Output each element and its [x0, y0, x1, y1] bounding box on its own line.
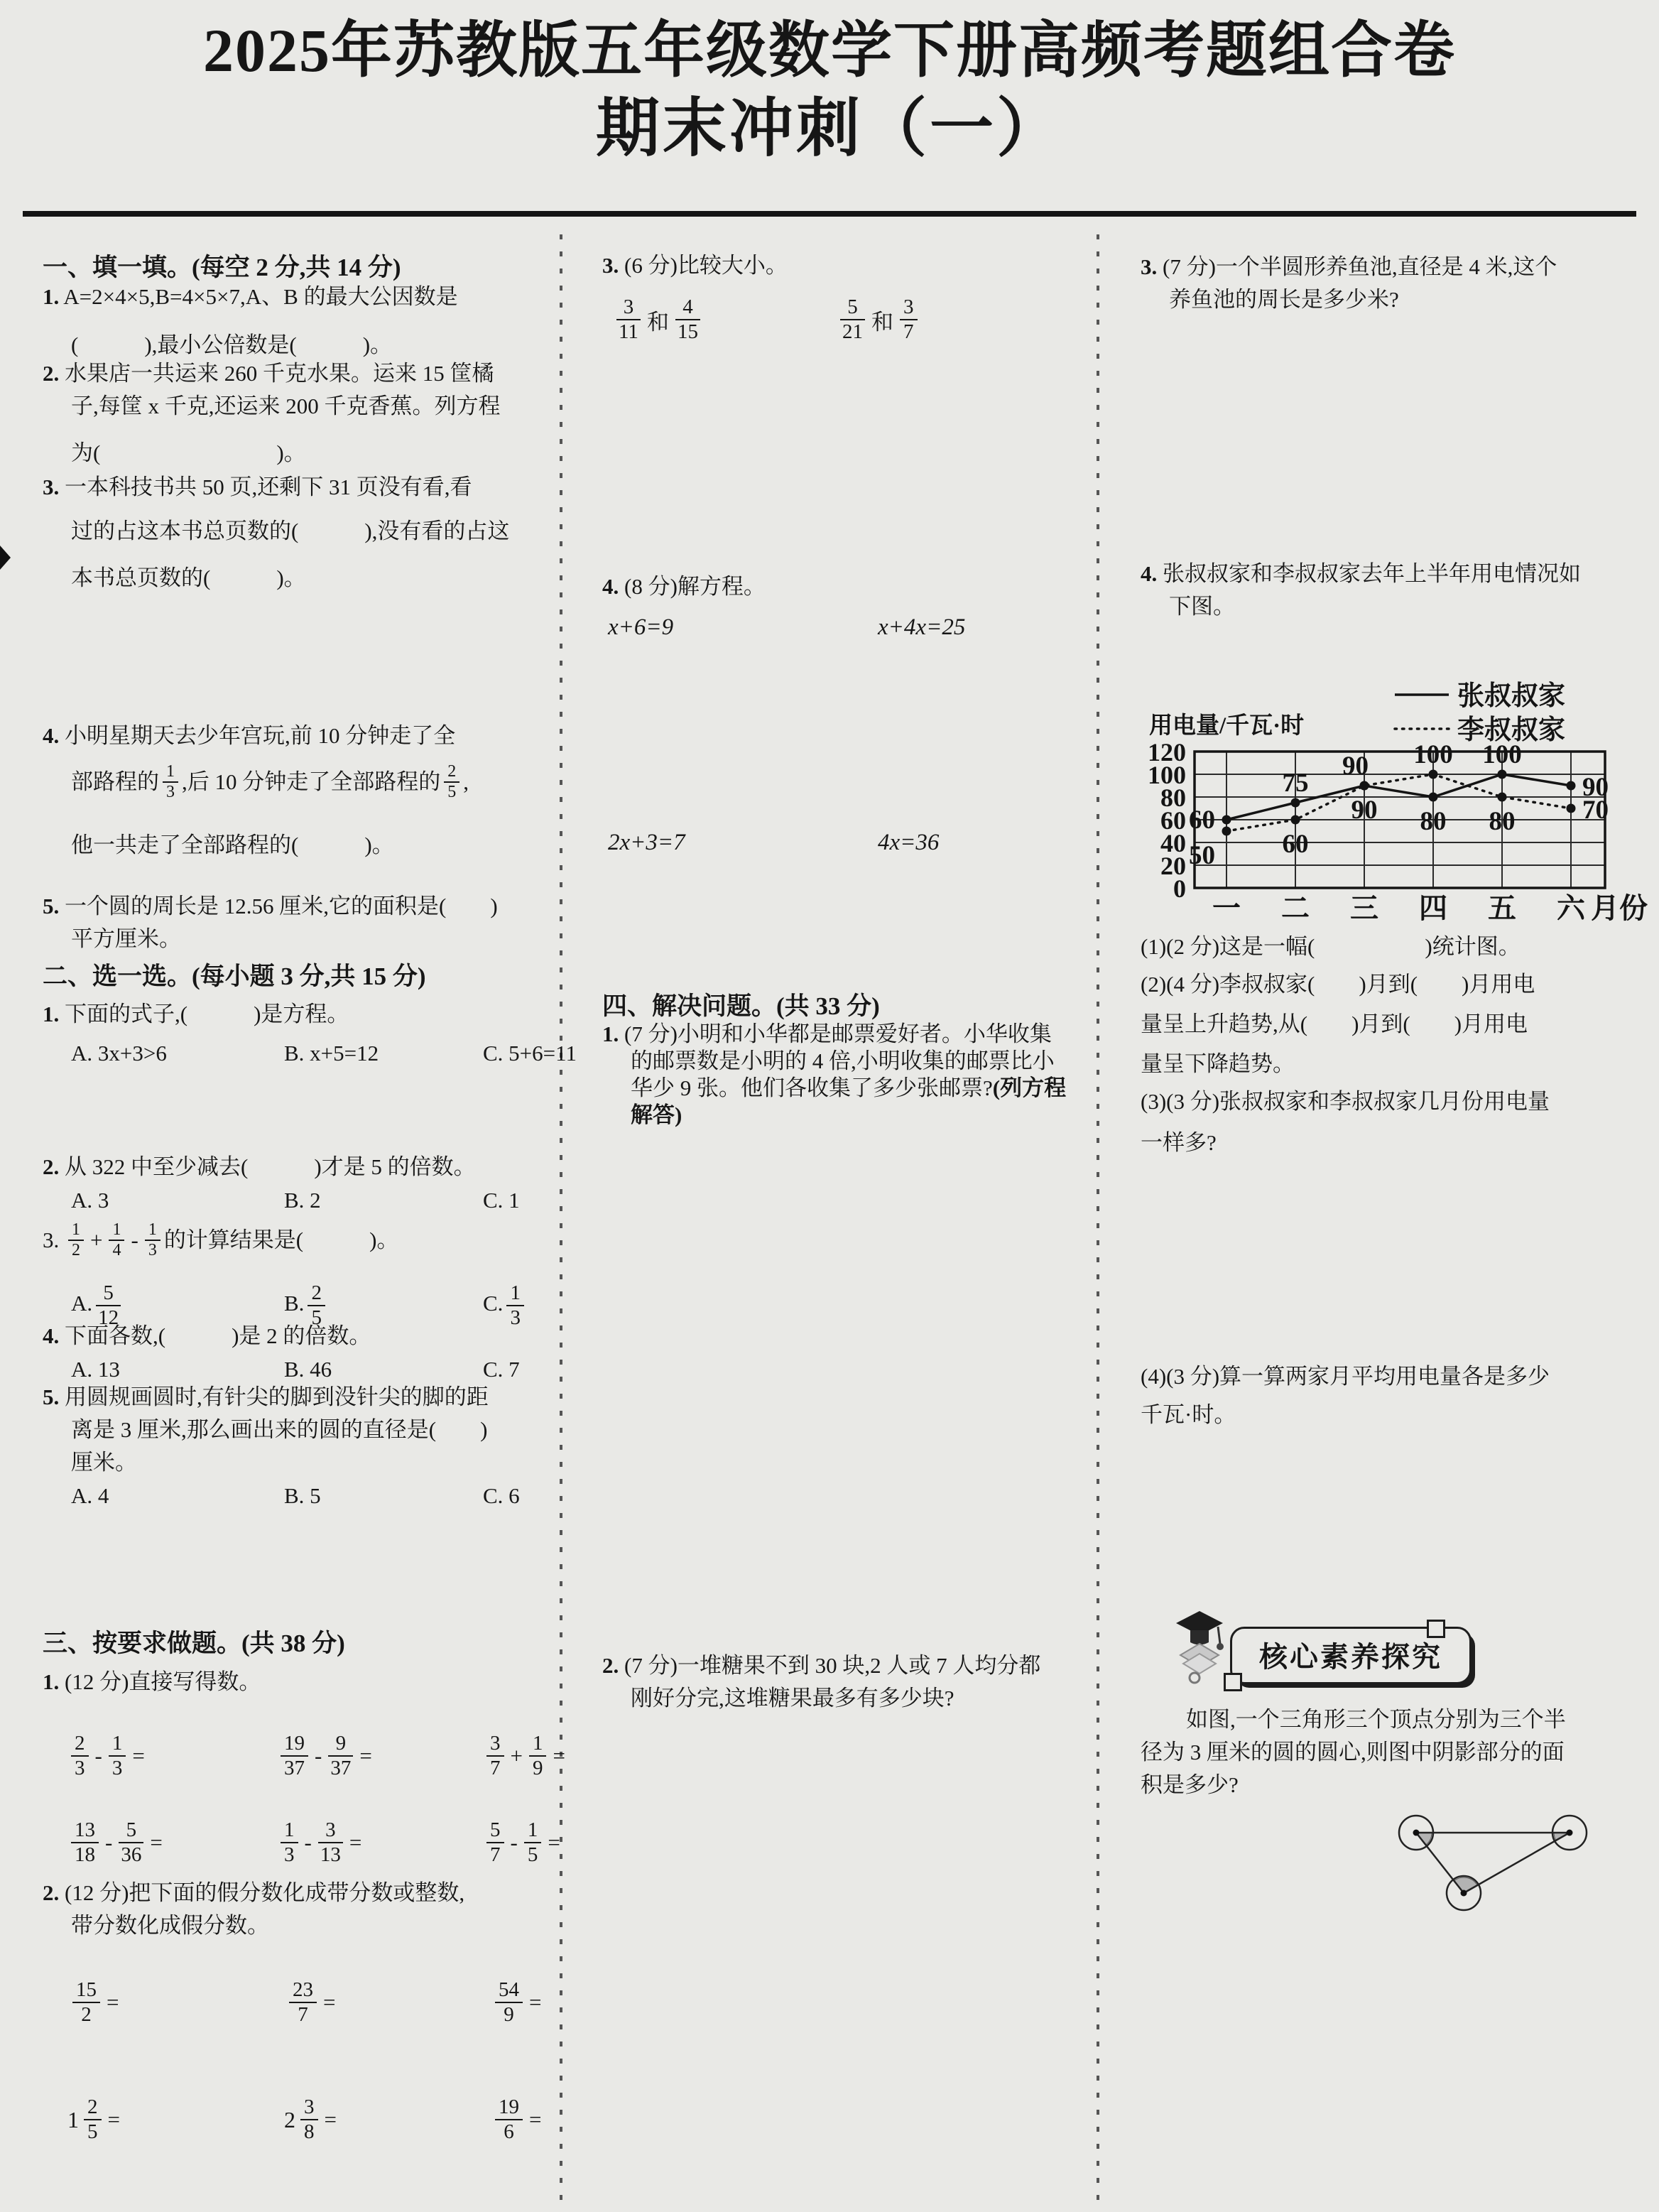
text-line: 2. 水果店一共运来 260 千克水果。运来 15 筐橘: [43, 357, 551, 390]
numerator: 2: [84, 2096, 102, 2120]
numerator: 2: [444, 762, 459, 783]
denominator: 6: [495, 2120, 523, 2144]
operator: +: [511, 1743, 523, 1768]
svg-text:四: 四: [1419, 892, 1447, 924]
text-line: 离是 3 厘米,那么画出来的圆的直径是( ): [43, 1414, 551, 1446]
equals-sign: =: [529, 1990, 541, 2015]
equations: x+6=9 x+4x=25: [602, 614, 1092, 641]
text-line: 4. (8 分)解方程。: [602, 570, 1092, 603]
numerator: 3: [486, 1732, 504, 1757]
title-divider-rule: [23, 211, 1636, 217]
calc-intro: 1. (12 分)直接写得数。: [43, 1666, 551, 1698]
convert-rows: 152= 237= 549= 125= 238= 196=: [43, 1971, 551, 2151]
text-run: 部路程的: [71, 766, 159, 798]
svg-text:50: 50: [1189, 841, 1215, 870]
text-line: (1)(2 分)这是一幅( )统计图。: [1141, 931, 1659, 963]
fraction: 14: [109, 1220, 124, 1260]
operator: -: [305, 1830, 312, 1855]
text-line: 本书总页数的( )。: [43, 562, 551, 595]
numerator: 5: [96, 1281, 121, 1306]
expression: 549=: [490, 1978, 551, 2027]
calc-rows: 23-13= 1937-937= 37+19= 1318-536= 13-313…: [43, 1725, 551, 1874]
equals-sign: =: [349, 1830, 361, 1855]
heading-fill-in: 一、填一填。(每空 2 分,共 14 分): [43, 251, 551, 285]
graduation-cap-icon: [1173, 1607, 1226, 1685]
equals-sign: =: [150, 1830, 162, 1855]
text-line: 解答): [602, 1102, 1092, 1129]
text-run: 华少 9 张。他们各收集了多少张邮票?: [631, 1075, 993, 1100]
choice-q2: 2. 从 322 中至少减去( )才是 5 的倍数。 A. 3 B. 2 C. …: [43, 1151, 551, 1218]
choice-a: A. 4: [71, 1479, 284, 1513]
section-1-heading: 一、填一填。(每空 2 分,共 14 分): [43, 251, 551, 285]
fraction: 13: [109, 1732, 126, 1780]
text-line-with-fractions: 部路程的13,后 10 分钟走了全部路程的25,: [43, 752, 551, 812]
text-line: 养鱼池的周长是多少米?: [1141, 283, 1659, 316]
fill-q3: 3. 一本科技书共 50 页,还剩下 31 页没有看,看 过的占这本书总页数的(…: [43, 471, 551, 595]
svg-text:75: 75: [1283, 769, 1309, 798]
fraction: 152: [72, 1978, 100, 2027]
equation-3: 2x+3=7: [608, 830, 878, 856]
text-line: 2. 从 322 中至少减去( )才是 5 的倍数。: [43, 1151, 551, 1183]
denominator: 8: [300, 2120, 318, 2144]
fill-q1: 1. A=2×4×5,B=4×5×7,A、B 的最大公因数是 ( ),最小公倍数…: [43, 281, 551, 362]
fraction: 13: [163, 762, 178, 802]
numerator: 3: [318, 1818, 343, 1843]
text-line: 1. 下面的式子,( )是方程。: [43, 998, 551, 1031]
choice-label: A.: [71, 1291, 92, 1316]
compare-word: 和: [647, 310, 669, 335]
text-line: 3. (7 分)一个半圆形养鱼池,直径是 4 米,这个: [1141, 251, 1659, 283]
text-line: 厘米。: [43, 1446, 551, 1479]
fraction: 313: [318, 1818, 343, 1867]
numerator: 2: [308, 1281, 325, 1306]
text-line: 下图。: [1141, 590, 1659, 623]
fraction: 237: [289, 1978, 317, 2027]
text-line: (2)(4 分)李叔叔家( )月到( )月用电: [1141, 968, 1659, 1001]
expression: 237=: [284, 1978, 490, 2027]
chart-sub-q1: (1)(2 分)这是一幅( )统计图。: [1141, 931, 1659, 963]
compare-pair-1: 311和415: [613, 296, 837, 344]
calc-row-2: 1318-536= 13-313= 57-15=: [43, 1811, 551, 1874]
fraction: 38: [300, 2096, 318, 2144]
svg-text:一: 一: [1212, 892, 1241, 924]
badge-label: 核心素养探究: [1259, 1641, 1442, 1673]
choice-q1: 1. 下面的式子,( )是方程。 A. 3x+3>6 B. x+5=12 C. …: [43, 998, 551, 1070]
text-line: (4)(3 分)算一算两家月平均用电量各是多少: [1141, 1360, 1659, 1393]
numerator: 54: [495, 1978, 523, 2003]
text-line: 为( )。: [43, 437, 551, 470]
solve-equations-heading: 4. (8 分)解方程。: [602, 570, 1092, 603]
triangle-circles-figure-container: [1369, 1797, 1659, 1964]
word-problem-2: 2. (7 分)一堆糖果不到 30 块,2 人或 7 人均分都 刚好分完,这堆糖…: [602, 1649, 1092, 1715]
badge-corner-square: [1224, 1673, 1242, 1691]
svg-text:80: 80: [1420, 807, 1447, 836]
numerator: 1: [145, 1220, 161, 1241]
numerator: 23: [289, 1978, 317, 2003]
text-line: 1. (7 分)小明和小华都是邮票爱好者。小华收集: [602, 1021, 1092, 1048]
fraction: 536: [119, 1818, 143, 1867]
column-2: 3. (6 分)比较大小。 311和415 521和37 4. (8 分)解方程…: [602, 245, 1092, 2212]
chart-sub-q2: (2)(4 分)李叔叔家( )月到( )月用电 量呈上升趋势,从( )月到( )…: [1141, 968, 1659, 1080]
equation-row-2: 2x+3=7 4x=36: [602, 830, 1092, 856]
text-line: 4. 张叔叔家和李叔叔家去年上半年用电情况如: [1141, 558, 1659, 590]
fill-q4: 4. 小明星期天去少年宫玩,前 10 分钟走了全 部路程的13,后 10 分钟走…: [43, 720, 551, 862]
equation-1: x+6=9: [608, 614, 878, 641]
expression: 13-313=: [277, 1818, 483, 1867]
denominator: 36: [119, 1843, 143, 1867]
numerator: 1: [281, 1818, 298, 1843]
operator: -: [131, 1224, 138, 1257]
denominator: 7: [486, 1757, 504, 1780]
bold-run: (列方程: [993, 1075, 1066, 1100]
numerator: 2: [71, 1732, 89, 1757]
expression: 152=: [67, 1978, 284, 2027]
text-line: 2. (7 分)一堆糖果不到 30 块,2 人或 7 人均分都: [602, 1649, 1092, 1682]
denominator: 9: [495, 2003, 523, 2027]
text-line: 平方厘米。: [43, 923, 551, 955]
operator: -: [511, 1830, 518, 1855]
denominator: 18: [71, 1843, 99, 1867]
compare-row: 311和415 521和37: [602, 288, 1092, 352]
title-line-2: 期末冲刺（一）: [0, 90, 1659, 169]
fraction: 521: [840, 296, 865, 344]
text-line: 4. 下面各数,( )是 2 的倍数。: [43, 1320, 551, 1352]
equals-sign: =: [548, 1830, 560, 1855]
denominator: 4: [109, 1241, 124, 1260]
operator: +: [90, 1224, 102, 1257]
fraction: 1318: [71, 1818, 99, 1867]
text-line: 一样多?: [1141, 1127, 1659, 1159]
numerator: 4: [675, 296, 700, 320]
denominator: 37: [328, 1757, 353, 1780]
text-line: 径为 3 厘米的圆的圆心,则图中阴影部分的面: [1141, 1736, 1659, 1769]
operator: -: [95, 1743, 102, 1768]
compare-heading: 3. (6 分)比较大小。: [602, 249, 1092, 282]
denominator: 2: [72, 2003, 100, 2027]
text-line: 子,每筐 x 千克,还运来 200 千克香蕉。列方程: [43, 390, 551, 423]
svg-text:90: 90: [1342, 752, 1369, 781]
fraction: 13: [145, 1220, 161, 1260]
expression: 1318-536=: [67, 1818, 277, 1867]
denominator: 5: [444, 783, 459, 802]
convert-intro: 2. (12 分)把下面的假分数化成带分数或整数, 带分数化成假分数。: [43, 1877, 551, 1942]
svg-text:80: 80: [1489, 807, 1516, 836]
text-line: 刚好分完,这堆糖果最多有多少块?: [602, 1682, 1092, 1715]
denominator: 3: [71, 1757, 89, 1780]
fraction: 23: [71, 1732, 89, 1780]
choice-c: C. 6: [483, 1479, 551, 1513]
denominator: 21: [840, 320, 865, 344]
title-line-1: 2025年苏教版五年级数学下册高频考题组合卷: [0, 11, 1659, 90]
expression: 37+19=: [483, 1732, 568, 1780]
choice-row: A. 3x+3>6 B. x+5=12 C. 5+6=11: [43, 1036, 551, 1070]
text-line: 5. 用圆规画圆时,有针尖的脚到没针尖的脚的距: [43, 1381, 551, 1414]
text-line: 他一共走了全部路程的( )。: [43, 829, 551, 862]
equals-sign: =: [107, 1990, 119, 2015]
svg-text:六: 六: [1557, 892, 1586, 924]
text-line: 如图,一个三角形三个顶点分别为三个半: [1141, 1703, 1659, 1736]
fraction: 37: [900, 296, 918, 344]
text-line: 5. 一个圆的周长是 12.56 厘米,它的面积是( ): [43, 890, 551, 923]
svg-text:张叔叔家: 张叔叔家: [1457, 681, 1565, 711]
expression: 23-13=: [67, 1732, 277, 1780]
operator: -: [315, 1743, 322, 1768]
text-line: 的邮票数是小明的 4 倍,小明收集的邮票比小: [602, 1048, 1092, 1075]
denominator: 7: [289, 2003, 317, 2027]
numerator: 19: [281, 1732, 308, 1757]
svg-text:120: 120: [1148, 738, 1186, 766]
electricity-chart-container: 020406080100120一二三四五六月份用电量/千瓦·时张叔叔家李叔叔家6…: [1145, 668, 1659, 933]
numerator: 5: [119, 1818, 143, 1843]
numerator: 5: [486, 1818, 504, 1843]
svg-text:100: 100: [1482, 740, 1522, 769]
choice-q4: 4. 下面各数,( )是 2 的倍数。 A. 13 B. 46 C. 7: [43, 1320, 551, 1387]
denominator: 2: [68, 1241, 84, 1260]
numerator: 9: [328, 1732, 353, 1757]
fraction: 19: [529, 1732, 547, 1780]
equation-row-1: x+6=9 x+4x=25: [602, 614, 1092, 641]
equals-sign: =: [529, 2107, 541, 2132]
core-literacy-badge: 核心素养探究: [1141, 1611, 1659, 1685]
heading-word-problems: 四、解决问题。(共 33 分): [602, 990, 1092, 1024]
svg-text:二: 二: [1281, 892, 1310, 924]
fraction: 12: [68, 1220, 84, 1260]
fraction: 549: [495, 1978, 523, 2027]
choice-b: B. x+5=12: [284, 1036, 483, 1070]
triangle-circles-figure: [1369, 1797, 1653, 1961]
whole-number: 2: [284, 2107, 295, 2132]
text-line: 3. (6 分)比较大小。: [602, 249, 1092, 282]
equals-sign: =: [108, 2107, 120, 2132]
compare-pairs: 311和415 521和37: [602, 288, 1092, 352]
numerator: 15: [72, 1978, 100, 2003]
choice-label: B.: [284, 1291, 304, 1316]
denominator: 3: [109, 1757, 126, 1780]
choice-label: C.: [483, 1291, 503, 1316]
expression: 125=: [67, 2096, 284, 2144]
equals-sign: =: [553, 1743, 565, 1768]
badge-corner-square: [1427, 1620, 1445, 1638]
text-line: 带分数化成假分数。: [43, 1909, 551, 1942]
expression: 238=: [284, 2096, 490, 2144]
denominator: 7: [486, 1843, 504, 1867]
chart-sub-q4: (4)(3 分)算一算两家月平均用电量各是多少 千瓦·时。: [1141, 1360, 1659, 1431]
denominator: 7: [900, 320, 918, 344]
fraction: 25: [444, 762, 459, 802]
choice-c: C. 5+6=11: [483, 1036, 577, 1070]
convert-row-1: 152= 237= 549=: [43, 1971, 551, 2034]
denominator: 3: [145, 1241, 161, 1260]
equation-2: x+4x=25: [878, 614, 1092, 641]
fraction: 57: [486, 1818, 504, 1867]
svg-text:60: 60: [1283, 830, 1309, 859]
svg-text:月份: 月份: [1591, 892, 1648, 924]
text-line: 华少 9 张。他们各收集了多少张邮票?(列方程: [602, 1075, 1092, 1102]
operator: -: [105, 1830, 112, 1855]
triangle-problem-text: 如图,一个三角形三个顶点分别为三个半 径为 3 厘米的圆的圆心,则图中阴影部分的…: [1141, 1703, 1659, 1801]
numerator: 1: [68, 1220, 84, 1241]
text-run: ,: [463, 766, 469, 798]
numerator: 3: [900, 296, 918, 320]
equals-sign: =: [323, 1990, 335, 2015]
numerator: 1: [109, 1732, 126, 1757]
equals-sign: =: [325, 2107, 337, 2132]
fraction: 1937: [281, 1732, 308, 1780]
column-separator-1: [560, 234, 562, 2206]
fill-q2: 2. 水果店一共运来 260 千克水果。运来 15 筐橘 子,每筐 x 千克,还…: [43, 357, 551, 470]
fraction: 937: [328, 1732, 353, 1780]
denominator: 37: [281, 1757, 308, 1780]
svg-text:100: 100: [1413, 740, 1453, 769]
section-2-heading: 二、选一选。(每小题 3 分,共 15 分): [43, 960, 551, 994]
column-separator-2: [1097, 234, 1099, 2206]
badge-pill: 核心素养探究: [1230, 1627, 1472, 1684]
expression: 57-15=: [483, 1818, 563, 1867]
svg-text:90: 90: [1351, 796, 1378, 825]
text-line: 量呈上升趋势,从( )月到( )月用电: [1141, 1008, 1659, 1041]
equals-sign: =: [359, 1743, 371, 1768]
denominator: 9: [529, 1757, 547, 1780]
section-3-heading: 三、按要求做题。(共 38 分): [43, 1627, 551, 1661]
text-line: 1. (12 分)直接写得数。: [43, 1666, 551, 1698]
numerator: 1: [529, 1732, 547, 1757]
denominator: 3: [281, 1843, 298, 1867]
fraction: 37: [486, 1732, 504, 1780]
numerator: 3: [300, 2096, 318, 2120]
text-line: 过的占这本书总页数的( ),没有看的占这: [43, 515, 551, 548]
choice-row: A. 4 B. 5 C. 6: [43, 1479, 551, 1513]
heading-do-as-required: 三、按要求做题。(共 38 分): [43, 1627, 551, 1661]
fraction: 25: [84, 2096, 102, 2144]
scan-edge-artifact: [0, 546, 11, 570]
fill-q5: 5. 一个圆的周长是 12.56 厘米,它的面积是( ) 平方厘米。: [43, 890, 551, 955]
electricity-problem-intro: 4. 张叔叔家和李叔叔家去年上半年用电情况如 下图。: [1141, 558, 1659, 623]
fraction: 415: [675, 296, 700, 344]
text-line: (3)(3 分)张叔叔家和李叔叔家几月份用电量: [1141, 1085, 1659, 1118]
text-run: ,后 10 分钟走了全部路程的: [182, 766, 440, 798]
section-4-heading: 四、解决问题。(共 33 分): [602, 990, 1092, 1024]
numerator: 1: [163, 762, 178, 783]
choice-a: A. 3x+3>6: [71, 1036, 284, 1070]
semicircle-problem: 3. (7 分)一个半圆形养鱼池,直径是 4 米,这个 养鱼池的周长是多少米?: [1141, 251, 1659, 316]
denominator: 3: [163, 783, 178, 802]
equations: 2x+3=7 4x=36: [602, 830, 1092, 856]
electricity-line-chart: 020406080100120一二三四五六月份用电量/千瓦·时张叔叔家李叔叔家6…: [1145, 668, 1653, 929]
numerator: 1: [506, 1281, 524, 1306]
text-line: 2. (12 分)把下面的假分数化成带分数或整数,: [43, 1877, 551, 1909]
choice-b: B. 5: [284, 1479, 483, 1513]
numerator: 1: [524, 1818, 542, 1843]
paper-title: 2025年苏教版五年级数学下册高频考题组合卷 期末冲刺（一）: [0, 11, 1659, 169]
choice-q3: 3. 12+14-13的计算结果是( )。 A.512 B.25 C.13: [43, 1210, 551, 1334]
column-1: 一、填一填。(每空 2 分,共 14 分) 1. A=2×4×5,B=4×5×7…: [43, 245, 551, 2212]
whole-number: 1: [67, 2107, 79, 2132]
text-line: 1. A=2×4×5,B=4×5×7,A、B 的最大公因数是: [43, 281, 551, 313]
denominator: 11: [616, 320, 641, 344]
text-run: 3.: [43, 1224, 65, 1257]
numerator: 13: [71, 1818, 99, 1843]
expression: 1937-937=: [277, 1732, 483, 1780]
svg-text:五: 五: [1488, 892, 1516, 924]
compare-word: 和: [871, 310, 893, 335]
fraction: 15: [524, 1818, 542, 1867]
text-line: 4. 小明星期天去少年宫玩,前 10 分钟走了全: [43, 720, 551, 752]
numerator: 1: [109, 1220, 124, 1241]
convert-row-2: 125= 238= 196=: [43, 2088, 551, 2151]
denominator: 15: [675, 320, 700, 344]
numerator: 19: [495, 2096, 523, 2120]
text-run: 的计算结果是( )。: [164, 1224, 399, 1257]
numerator: 5: [840, 296, 865, 320]
word-problem-1: 1. (7 分)小明和小华都是邮票爱好者。小华收集 的邮票数是小明的 4 倍,小…: [602, 1021, 1092, 1129]
column-3: 3. (7 分)一个半圆形养鱼池,直径是 4 米,这个 养鱼池的周长是多少米? …: [1141, 245, 1659, 2212]
svg-text:用电量/千瓦·时: 用电量/千瓦·时: [1149, 712, 1304, 739]
numerator: 3: [616, 296, 641, 320]
svg-text:70: 70: [1582, 796, 1609, 825]
equation-4: 4x=36: [878, 830, 1092, 856]
denominator: 5: [84, 2120, 102, 2144]
text-line-with-fractions: 3. 12+14-13的计算结果是( )。: [43, 1210, 551, 1270]
fraction: 196: [495, 2096, 523, 2144]
calc-row-1: 23-13= 1937-937= 37+19=: [43, 1725, 551, 1787]
text-line: 千瓦·时。: [1141, 1399, 1659, 1431]
text-line: 量呈下降趋势。: [1141, 1048, 1659, 1080]
svg-text:60: 60: [1189, 806, 1215, 835]
denominator: 5: [524, 1843, 542, 1867]
compare-pair-2: 521和37: [837, 296, 1092, 344]
chart-sub-q3: (3)(3 分)张叔叔家和李叔叔家几月份用电量 一样多?: [1141, 1085, 1659, 1159]
heading-choose: 二、选一选。(每小题 3 分,共 15 分): [43, 960, 551, 994]
expression: 196=: [490, 2096, 551, 2144]
svg-text:三: 三: [1350, 892, 1378, 924]
text-line: 3. 一本科技书共 50 页,还剩下 31 页没有看,看: [43, 471, 551, 504]
equals-sign: =: [132, 1743, 144, 1768]
choice-q5: 5. 用圆规画圆时,有针尖的脚到没针尖的脚的距 离是 3 厘米,那么画出来的圆的…: [43, 1381, 551, 1513]
fraction: 13: [281, 1818, 298, 1867]
fraction: 311: [616, 296, 641, 344]
exam-paper-page: 2025年苏教版五年级数学下册高频考题组合卷 期末冲刺（一） 一、填一填。(每空…: [0, 0, 1659, 2212]
denominator: 13: [318, 1843, 343, 1867]
